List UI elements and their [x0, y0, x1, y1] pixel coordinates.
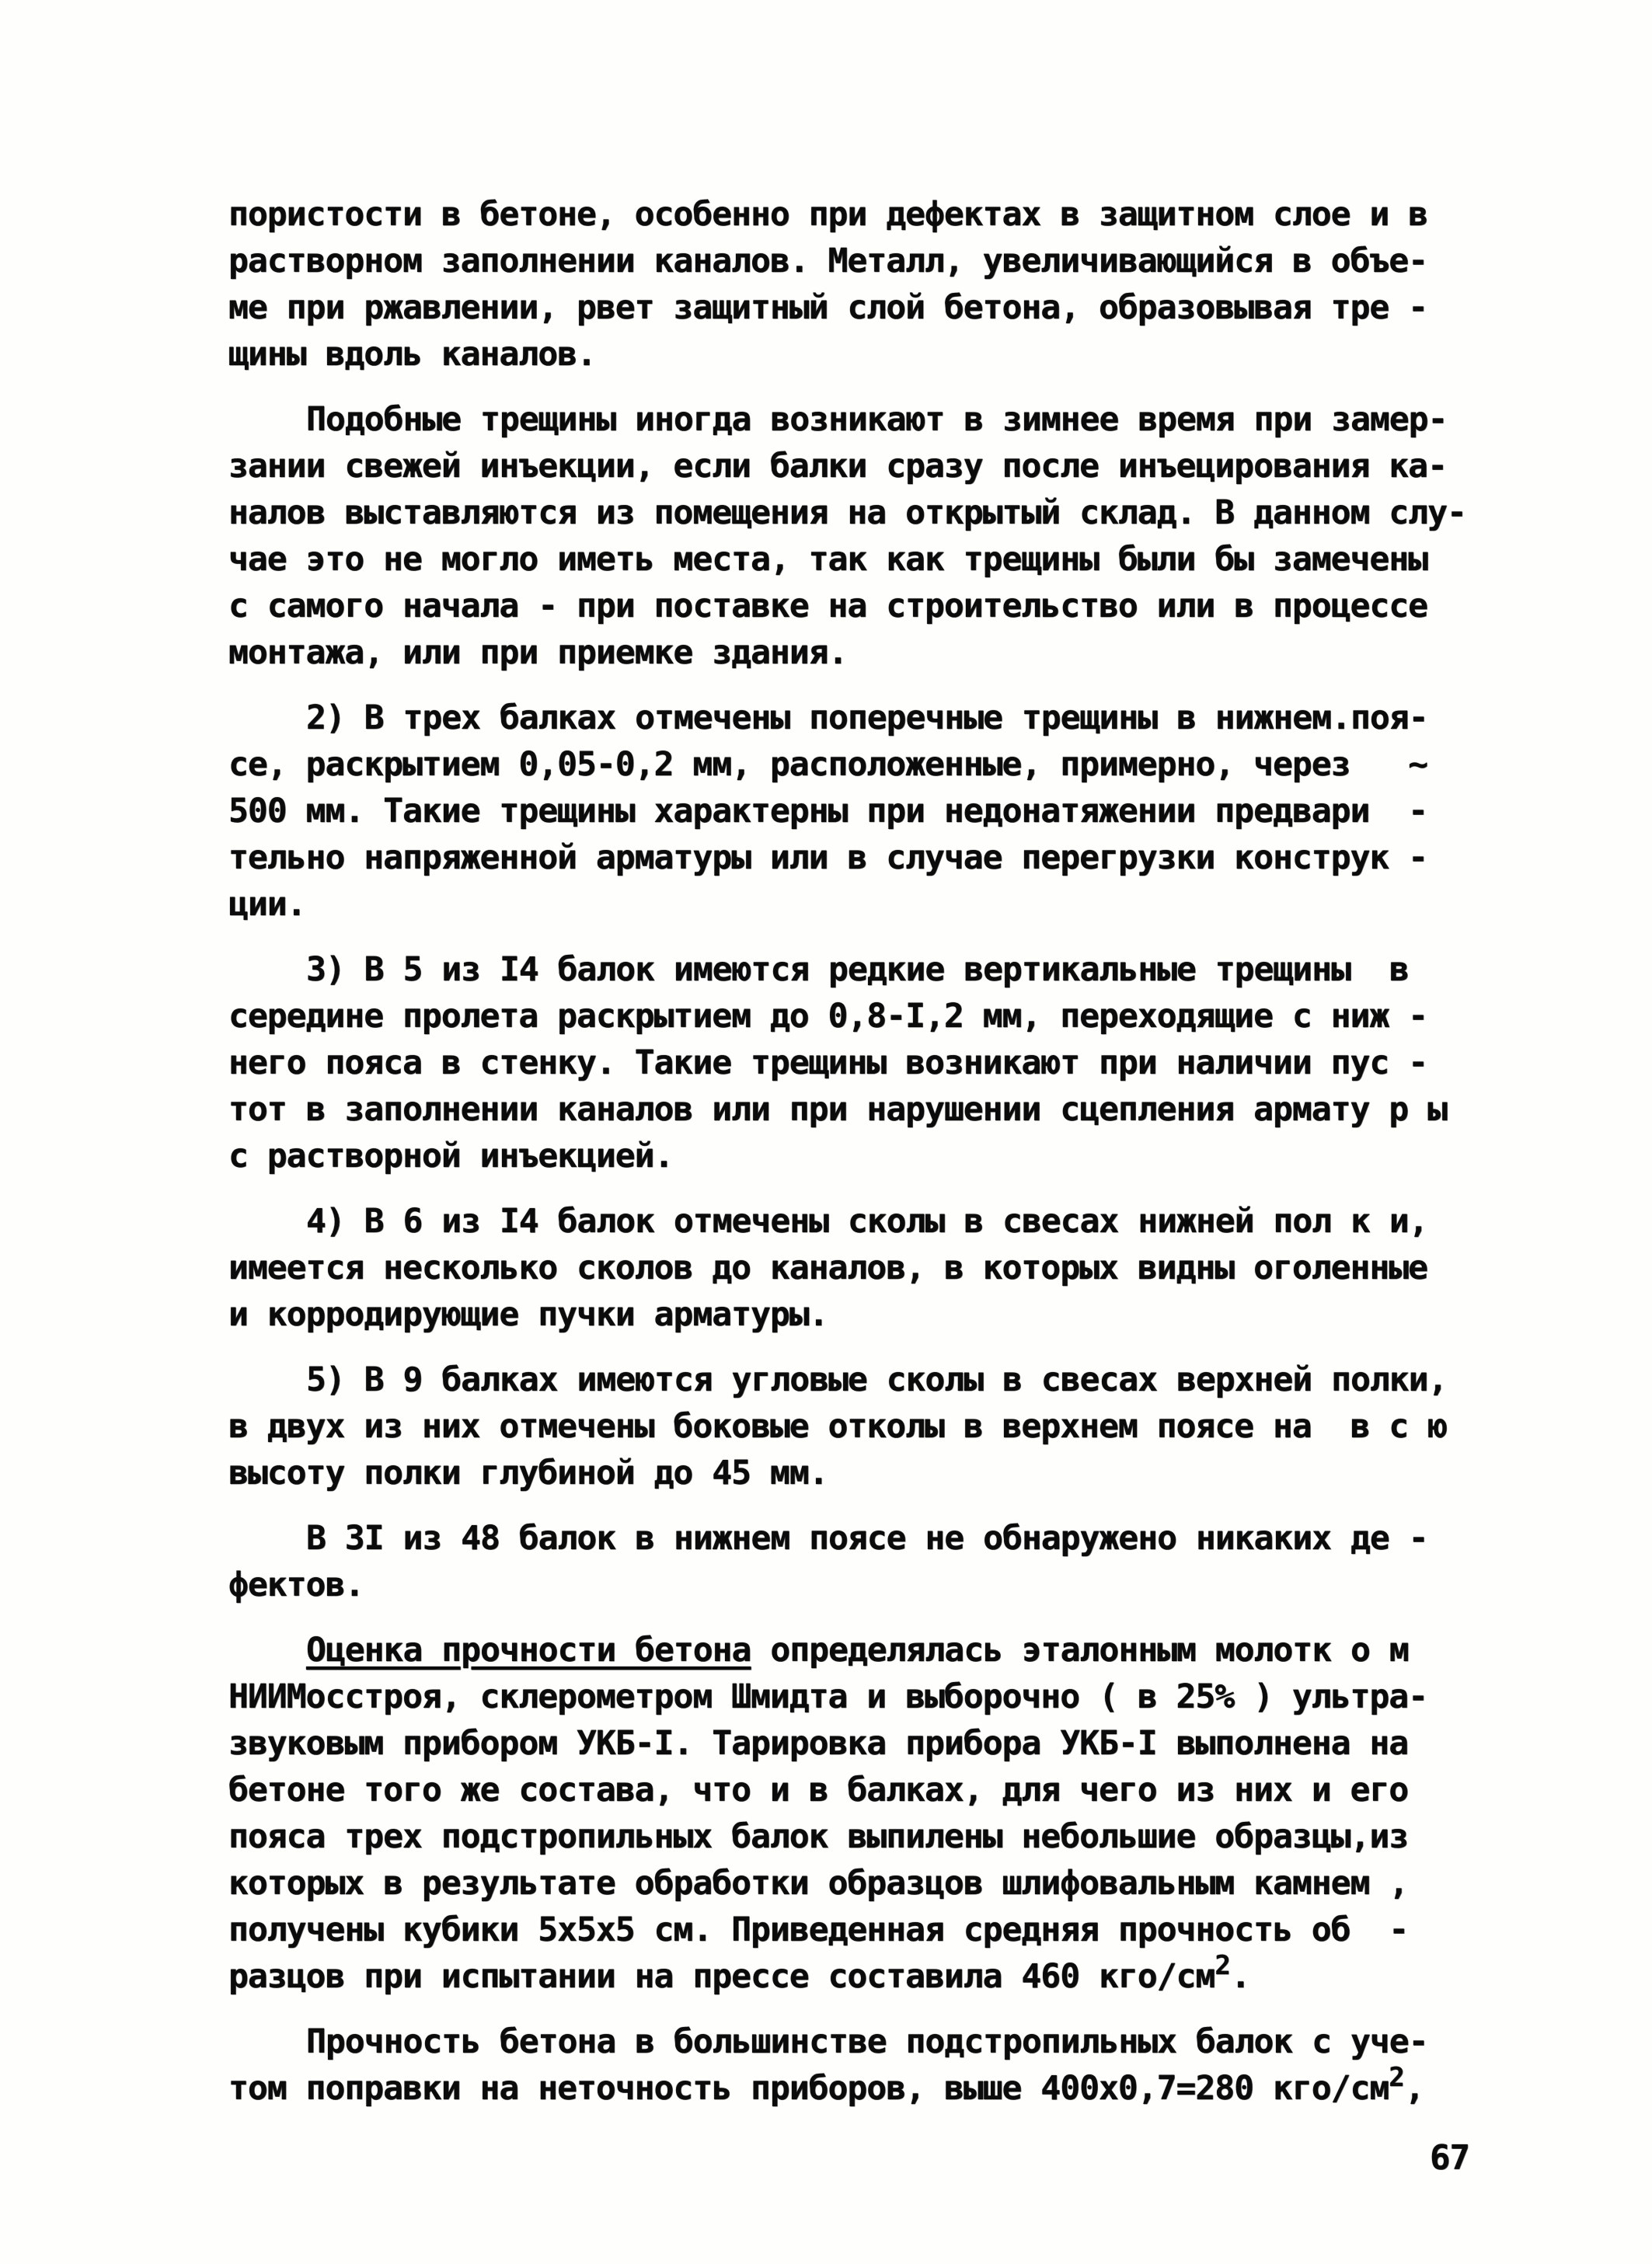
- paragraph-frost-cracks: Подобные трещины иногда возникают в зимн…: [228, 396, 1487, 676]
- text-block: пористости в бетоне, особенно при дефект…: [228, 191, 1487, 2130]
- paragraph-text: Прочность бетона в большинстве подстропи…: [228, 2022, 1428, 2108]
- paragraph-text: определялась эталонным молотк о м НИИМос…: [228, 1631, 1427, 1996]
- superscript-2: 2: [1389, 2062, 1404, 2093]
- paragraph-continuation: пористости в бетоне, особенно при дефект…: [228, 191, 1487, 378]
- paragraph-tail: .: [1231, 1957, 1250, 1996]
- paragraph-item-5: 5) В 9 балках имеются угловые сколы в св…: [228, 1357, 1487, 1496]
- paragraph-no-defects: В 3I из 48 балок в нижнем поясе не обнар…: [228, 1515, 1487, 1608]
- paragraph-item-2: 2) В трех балках отмечены поперечные тре…: [228, 695, 1487, 928]
- paragraph-item-3: 3) В 5 из I4 балок имеются редкие вертик…: [228, 946, 1487, 1179]
- paragraph-item-4: 4) В 6 из I4 балок отмечены сколы в свес…: [228, 1198, 1487, 1338]
- underlined-heading: Оценка прочности бетона: [306, 1631, 751, 1670]
- paragraph-strength-assessment: Оценка прочности бетона определялась эта…: [228, 1627, 1487, 2000]
- page-number: 67: [1430, 2138, 1469, 2178]
- paragraph-strength-result: Прочность бетона в большинстве подстропи…: [228, 2018, 1487, 2112]
- document-page: пористости в бетоне, особенно при дефект…: [0, 0, 1652, 2264]
- paragraph-tail: ,: [1405, 2069, 1424, 2108]
- superscript-2: 2: [1215, 1950, 1230, 1981]
